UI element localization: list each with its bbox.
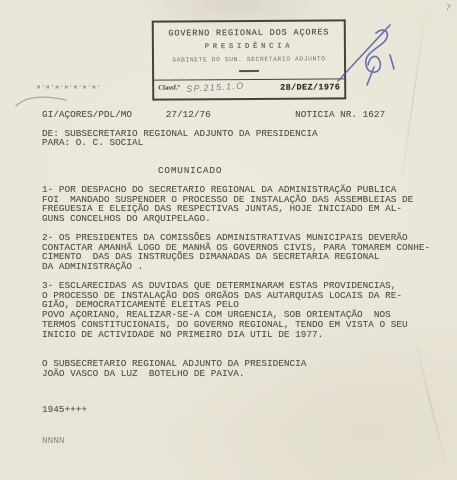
comunicado-title: COMUNICADO — [158, 166, 222, 176]
paragraph-3: 3- ESCLARECIDAS AS DUVIDAS QUE DETERMINA… — [42, 281, 408, 339]
document-page: { "page": { "paper_color": "#e9e5d6", "i… — [0, 0, 457, 480]
stamp-divider-dash — [239, 70, 259, 72]
end-code: NNNN — [42, 436, 65, 446]
route-line: GI/AÇORES/PDL/MO 27/12/76 NOTICIA NR. 16… — [42, 110, 385, 120]
paragraph-1: 1- POR DESPACHO DO SECRETARIO REGIONAL D… — [42, 185, 413, 224]
stamp-class-label: Classf.ª — [158, 84, 180, 91]
corner-digit: 7 — [445, 3, 451, 13]
official-stamp: GOVERNO REGIONAL DOS AÇORES PRESIDÊNCIA … — [152, 19, 347, 100]
paper-crease — [412, 332, 450, 478]
handwritten-pen-mark — [330, 15, 420, 105]
stamp-org-line: GOVERNO REGIONAL DOS AÇORES — [154, 27, 344, 38]
stamp-office-line: GABINETE DO SUB. SECRETARIO ADJUNTO — [154, 55, 344, 63]
paragraph-2: 2- OS PRESIDENTES DA COMISSÕES ADMINISTR… — [42, 233, 430, 272]
signature-block: O SUBSECRETARIO REGIONAL ADJUNTO DA PRES… — [42, 359, 306, 378]
time-code: 1945++++ — [42, 405, 87, 415]
stamp-class-value: SP.215.1.O — [186, 81, 245, 94]
to-line: PARA: O. C. SOCIAL — [42, 138, 143, 148]
stamp-presidencia-line: PRESIDÊNCIA — [154, 42, 344, 51]
stamp-class-row: Classf.ª SP.215.1.O 28/DEZ/1976 — [154, 78, 344, 98]
